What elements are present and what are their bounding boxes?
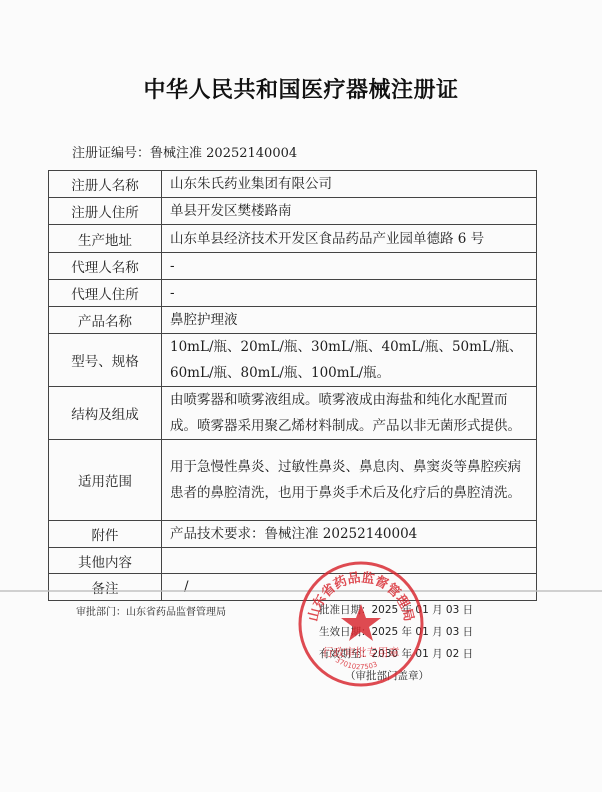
row-value: 由喷雾器和喷雾液组成。喷雾液成由海盐和纯化水配置而成。喷雾器采用聚乙烯材料制成。… [162, 387, 537, 440]
row-value: 产品技术要求：鲁械注准 20252140004 [162, 521, 537, 548]
table-row: 代理人名称 - [49, 253, 537, 280]
row-value: 单县开发区樊楼路南 [162, 198, 537, 225]
table-row: 型号、规格 10mL/瓶、20mL/瓶、30mL/瓶、40mL/瓶、50mL/瓶… [49, 334, 537, 387]
table-row: 生产地址 山东单县经济技术开发区食品药品产业园单德路 6 号 [49, 225, 537, 253]
row-value: 山东单县经济技术开发区食品药品产业园单德路 6 号 [162, 225, 537, 253]
approval-date: 批准日期：2025 年 01 月 03 日 [319, 602, 473, 624]
row-label: 生产地址 [49, 225, 162, 253]
row-label: 注册人住所 [49, 198, 162, 225]
certificate-table: 注册人名称 山东朱氏药业集团有限公司 注册人住所 单县开发区樊楼路南 生产地址 … [48, 170, 537, 601]
seal-note: （审批部门盖章） [345, 668, 473, 690]
table-row: 结构及组成 由喷雾器和喷雾液组成。喷雾液成由海盐和纯化水配置而成。喷雾器采用聚乙… [49, 387, 537, 440]
table-row: 代理人住所 - [49, 280, 537, 307]
dates-block: 批准日期：2025 年 01 月 03 日 生效日期：2025 年 01 月 0… [319, 602, 473, 690]
row-label: 结构及组成 [49, 387, 162, 440]
registration-number-label: 注册证编号： [72, 146, 150, 161]
row-value: - [162, 253, 537, 280]
approving-authority: 审批部门：山东省药品监督管理局 [76, 603, 226, 618]
row-label: 附件 [49, 521, 162, 548]
row-label: 产品名称 [49, 307, 162, 334]
table-row: 其他内容 [49, 548, 537, 574]
row-value: 10mL/瓶、20mL/瓶、30mL/瓶、40mL/瓶、50mL/瓶、60mL/… [162, 334, 537, 387]
table-row: 适用范围 用于急慢性鼻炎、过敏性鼻炎、鼻息肉、鼻窦炎等鼻腔疾病患者的鼻腔清洗，也… [49, 440, 537, 521]
row-label: 代理人名称 [49, 253, 162, 280]
row-label: 备注 [49, 574, 162, 601]
table-row: 注册人名称 山东朱氏药业集团有限公司 [49, 171, 537, 198]
effective-date: 生效日期：2025 年 01 月 03 日 [319, 624, 473, 646]
table-row: 产品名称 鼻腔护理液 [49, 307, 537, 334]
row-label: 适用范围 [49, 440, 162, 521]
row-value: / [162, 574, 537, 601]
scan-artifact-line [0, 590, 602, 592]
table-row: 附件 产品技术要求：鲁械注准 20252140004 [49, 521, 537, 548]
registration-number-value: 鲁械注准 20252140004 [150, 146, 297, 161]
row-value: 用于急慢性鼻炎、过敏性鼻炎、鼻息肉、鼻窦炎等鼻腔疾病患者的鼻腔清洗，也用于鼻炎手… [162, 440, 537, 521]
row-value: 山东朱氏药业集团有限公司 [162, 171, 537, 198]
registration-number: 注册证编号：鲁械注准 20252140004 [72, 142, 297, 161]
row-label: 注册人名称 [49, 171, 162, 198]
row-label: 型号、规格 [49, 334, 162, 387]
valid-until-date: 有效期至：2030 年 01 月 02 日 [319, 646, 473, 668]
table-row: 备注 / [49, 574, 537, 601]
row-value: 鼻腔护理液 [162, 307, 537, 334]
row-value [162, 548, 537, 574]
row-value: - [162, 280, 537, 307]
table-row: 注册人住所 单县开发区樊楼路南 [49, 198, 537, 225]
row-label: 其他内容 [49, 548, 162, 574]
row-label: 代理人住所 [49, 280, 162, 307]
document-title: 中华人民共和国医疗器械注册证 [0, 73, 602, 104]
